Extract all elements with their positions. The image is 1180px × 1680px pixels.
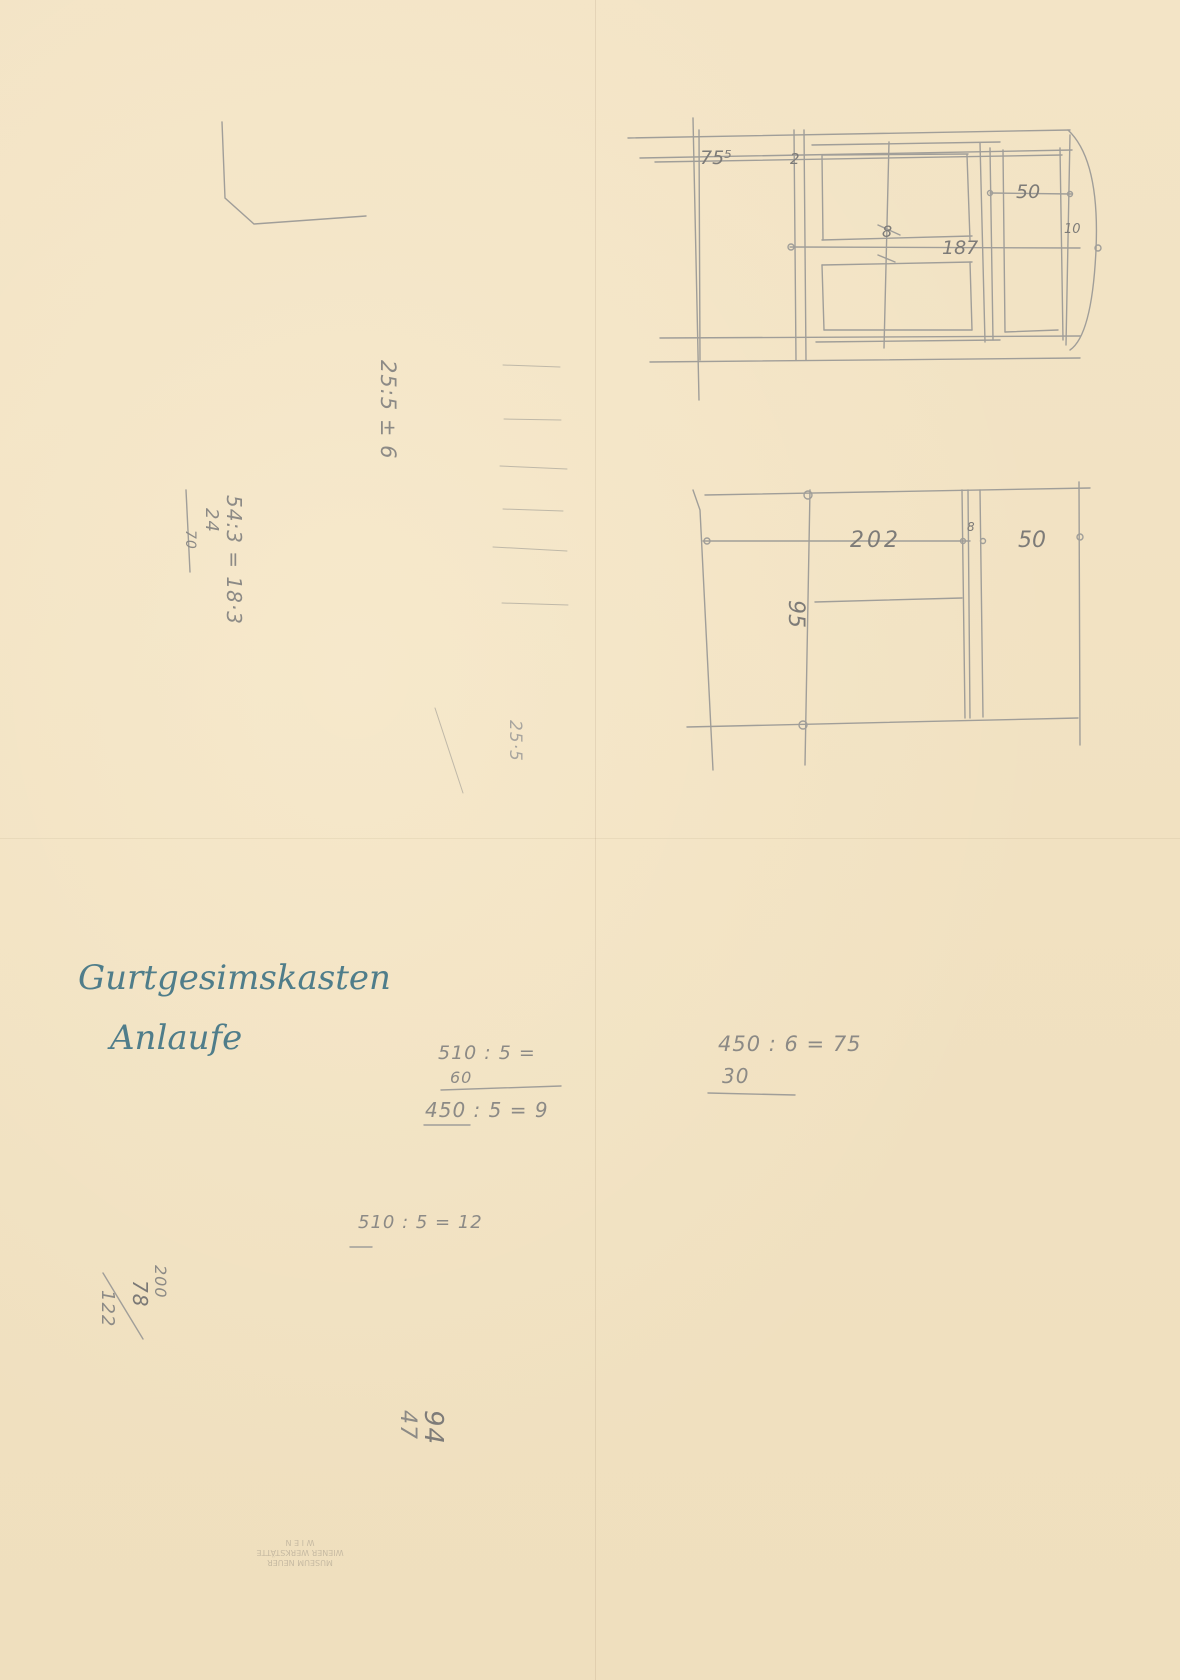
- dim-50-lower: 50: [1018, 528, 1046, 553]
- corner-sketch: [222, 122, 366, 224]
- ink-note-line1: Gurtgesimskasten: [78, 958, 391, 998]
- calc2-line1: 450 : 6 = 75: [718, 1032, 862, 1056]
- stamp-line3: W I E N: [240, 1537, 360, 1547]
- pencil-drawings: [0, 0, 1180, 1680]
- dim-202: 202: [850, 528, 901, 553]
- num-94: 94: [418, 1410, 448, 1445]
- dim-75-5: 75⁵: [700, 147, 732, 169]
- calc1-line3: 450 : 5 = 9: [425, 1098, 549, 1122]
- dim-50-upper: 50: [1016, 181, 1040, 203]
- stamp-line2: WIENER WERKSTÄTTE: [240, 1547, 360, 1557]
- calc2-line2: 30: [722, 1064, 749, 1088]
- note-25-5-small: 25·5: [505, 720, 525, 762]
- faint-tick-lines: [435, 365, 568, 793]
- sum-78: 78: [128, 1280, 152, 1307]
- dim-2: 2: [790, 150, 800, 168]
- note-54-3: 54:3 = 18·3: [222, 495, 246, 625]
- dim-8-lower: 8: [967, 520, 975, 534]
- num-47: 47: [395, 1410, 420, 1440]
- lower-elevation-drawing: [687, 482, 1090, 770]
- note-24: 24: [201, 508, 222, 533]
- note-25-5-6: 25:5 ± 6: [376, 360, 400, 459]
- calc1-line1: 510 : 5 =: [438, 1042, 536, 1064]
- dim-187: 187: [942, 237, 978, 259]
- dim-95: 95: [783, 600, 808, 628]
- upper-elevation-drawing: [628, 118, 1101, 400]
- dim-10: 10: [1064, 222, 1081, 237]
- sum-200: 200: [151, 1265, 170, 1299]
- calc1-line2: 60: [450, 1068, 472, 1087]
- sum-122: 122: [97, 1290, 118, 1327]
- dim-8-upper: 8: [882, 222, 892, 241]
- ink-note-line2: Anlaufe: [110, 1018, 242, 1058]
- note-70: 70: [182, 530, 198, 550]
- museum-stamp: MUSEUM NEUER WIENER WERKSTÄTTE W I E N: [240, 1537, 360, 1567]
- stamp-line1: MUSEUM NEUER: [240, 1557, 360, 1567]
- calc3: 510 : 5 = 12: [358, 1212, 483, 1233]
